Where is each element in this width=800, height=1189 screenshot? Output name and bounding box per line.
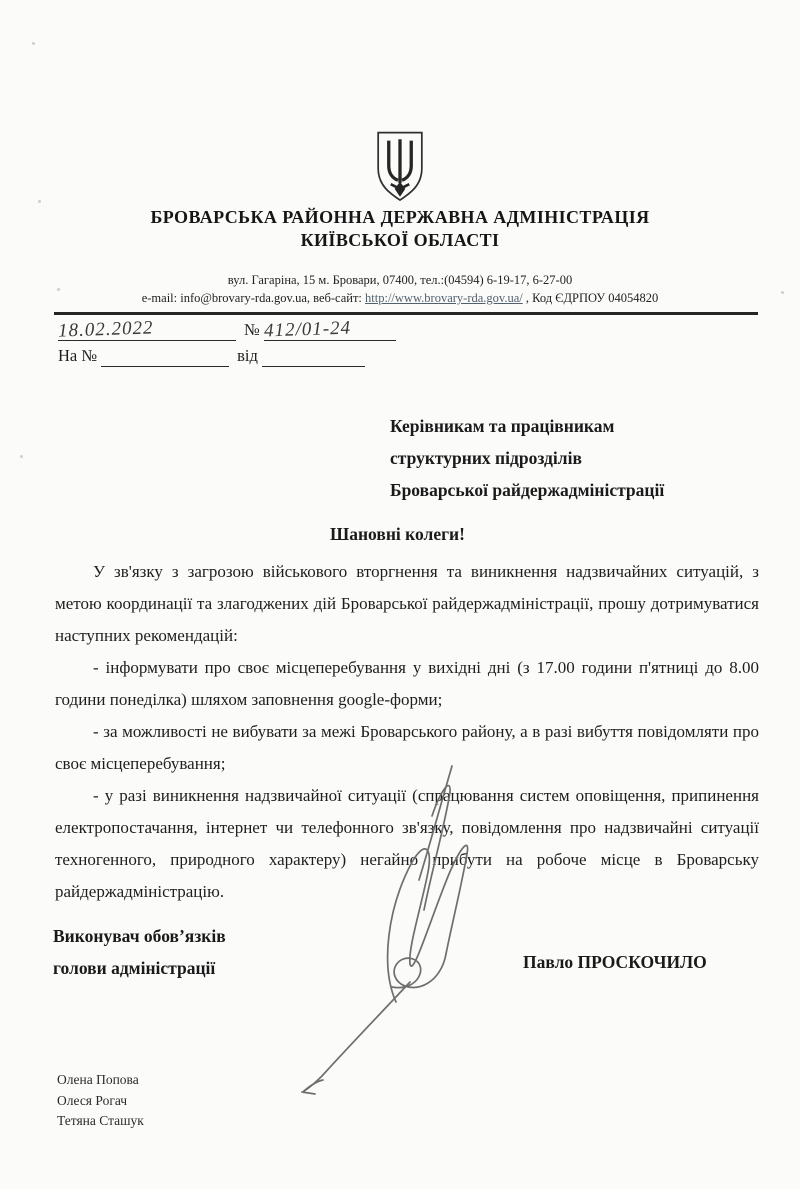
org-contacts: e-mail: info@brovary-rda.gov.ua, веб-сай… — [0, 289, 800, 307]
scan-speck — [32, 42, 35, 45]
recipient-block: Керівникам та працівникам структурних пі… — [390, 410, 664, 506]
scan-speck — [781, 291, 784, 294]
org-address: вул. Гагаріна, 15 м. Бровари, 07400, тел… — [0, 271, 800, 289]
ukraine-trident-emblem — [370, 130, 430, 212]
recipient-line: Керівникам та працівникам — [390, 410, 664, 442]
document-number-handwritten: 412/01-24 — [263, 317, 351, 342]
signoff-name: Павло ПРОСКОЧИЛО — [523, 952, 707, 973]
body-paragraph: У зв'язку з загрозою військового вторгне… — [55, 556, 759, 652]
letter-body: У зв'язку з загрозою військового вторгне… — [55, 556, 759, 908]
contact-block: вул. Гагаріна, 15 м. Бровари, 07400, тел… — [0, 271, 800, 307]
salutation: Шановні колеги! — [330, 524, 465, 545]
body-paragraph: - інформувати про своє місцеперебування … — [55, 652, 759, 716]
reply-from-label: від — [229, 346, 262, 367]
scan-speck — [38, 200, 41, 203]
number-sign-label: № — [236, 320, 264, 341]
scan-speck — [20, 455, 23, 458]
executor-name: Тетяна Сташук — [57, 1111, 144, 1132]
reply-to-label: На № — [58, 346, 101, 367]
reference-row-outgoing: 18.02.2022 № 412/01-24 — [58, 315, 396, 341]
recipient-line: Броварської райдержадміністрації — [390, 474, 664, 506]
website-link[interactable]: http://www.brovary-rda.gov.ua/ — [365, 291, 523, 305]
body-paragraph: - за можливості не вибувати за межі Бров… — [55, 716, 759, 780]
recipient-line: структурних підрозділів — [390, 442, 664, 474]
email-text: e-mail: info@brovary-rda.gov.ua, веб-сай… — [142, 291, 365, 305]
executor-name: Олена Попова — [57, 1070, 144, 1091]
body-paragraph: - у разі виникнення надзвичайної ситуаці… — [55, 780, 759, 908]
org-title: БРОВАРСЬКА РАЙОННА ДЕРЖАВНА АДМІНІСТРАЦІ… — [0, 206, 800, 252]
reference-row-incoming: На № від — [58, 341, 396, 367]
edrpou-text: , Код ЄДРПОУ 04054820 — [523, 291, 659, 305]
reference-block: 18.02.2022 № 412/01-24 На № від — [58, 315, 396, 367]
signoff-position: Виконувач обов’язків голови адміністраці… — [53, 920, 226, 984]
org-name-line1: БРОВАРСЬКА РАЙОННА ДЕРЖАВНА АДМІНІСТРАЦІ… — [0, 206, 800, 229]
document-page: БРОВАРСЬКА РАЙОННА ДЕРЖАВНА АДМІНІСТРАЦІ… — [0, 0, 800, 1189]
signoff-position-line2: голови адміністрації — [53, 952, 226, 984]
signoff-position-line1: Виконувач обов’язків — [53, 920, 226, 952]
executor-name: Олеся Рогач — [57, 1091, 144, 1112]
scan-speck — [57, 288, 60, 291]
executors-block: Олена Попова Олеся Рогач Тетяна Сташук — [57, 1070, 144, 1132]
org-name-line2: КИЇВСЬКОЇ ОБЛАСТІ — [0, 229, 800, 252]
document-date-handwritten: 18.02.2022 — [58, 317, 154, 342]
